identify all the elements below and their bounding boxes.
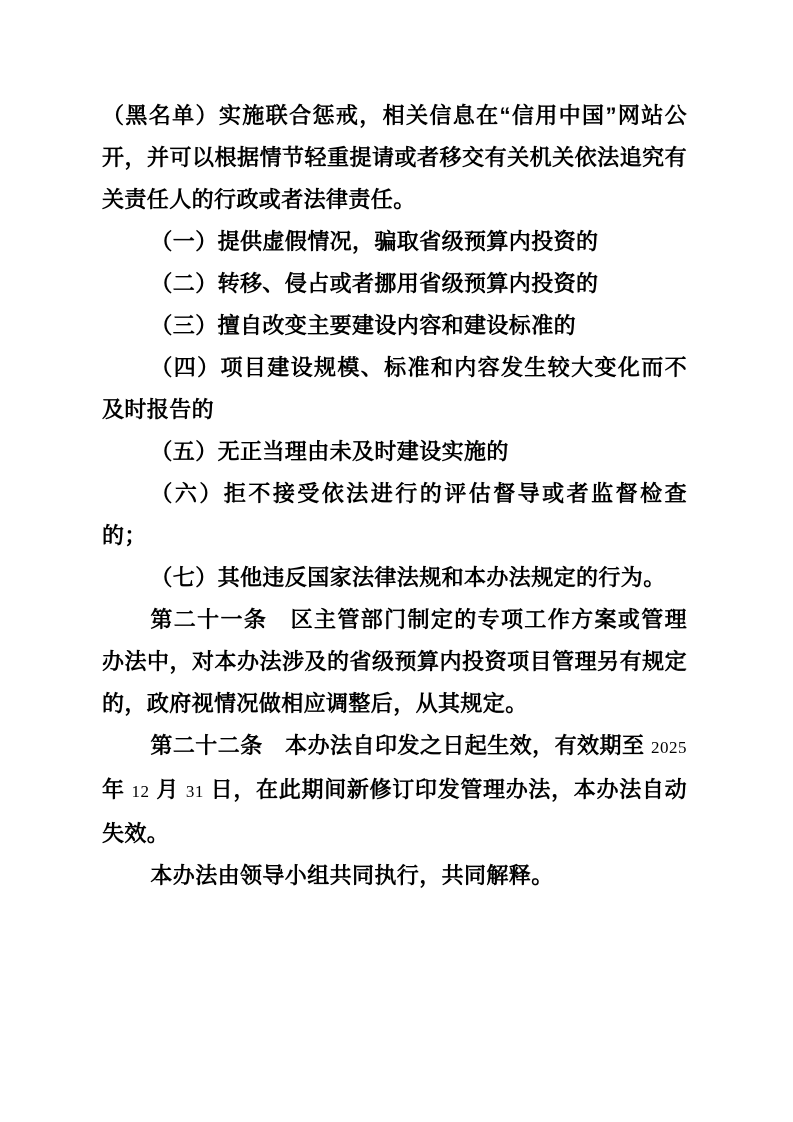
list-item-2: （二）转移、侵占或者挪用省级预算内投资的 [102, 263, 687, 305]
document-page: （黑名单）实施联合惩戒，相关信息在“信用中国”网站公开，并可以根据情节轻重提请或… [0, 0, 793, 1122]
article-22-text-run-1: 第二十二条 本办法自印发之日起生效，有效期至 [150, 733, 651, 758]
list-item-3: （三）擅自改变主要建设内容和建设标准的 [102, 305, 687, 347]
closing-paragraph: 本办法由领导小组共同执行，共同解释。 [102, 855, 687, 897]
list-item-1: （一）提供虚假情况，骗取省级预算内投资的 [102, 221, 687, 263]
list-item-7: （七）其他违反国家法律法规和本办法规定的行为。 [102, 557, 687, 599]
article-22-month-number: 12 [132, 782, 150, 801]
article-21-paragraph: 第二十一条 区主管部门制定的专项工作方案或管理办法中，对本办法涉及的省级预算内投… [102, 599, 687, 725]
list-item-6: （六）拒不接受依法进行的评估督导或者监督检查的； [102, 473, 687, 557]
article-22-text-run-3: 月 [150, 777, 186, 802]
article-22-day-number: 31 [186, 782, 204, 801]
article-22-year-number: 2025 [651, 738, 687, 757]
list-item-4: （四）项目建设规模、标准和内容发生较大变化而不及时报告的 [102, 347, 687, 431]
article-22-paragraph: 第二十二条 本办法自印发之日起生效，有效期至 2025 年 12 月 31 日，… [102, 725, 687, 855]
article-22-text-run-2: 年 [102, 777, 132, 802]
paragraph-penalty-blacklist: （黑名单）实施联合惩戒，相关信息在“信用中国”网站公开，并可以根据情节轻重提请或… [102, 95, 687, 221]
list-item-5: （五）无正当理由未及时建设实施的 [102, 431, 687, 473]
